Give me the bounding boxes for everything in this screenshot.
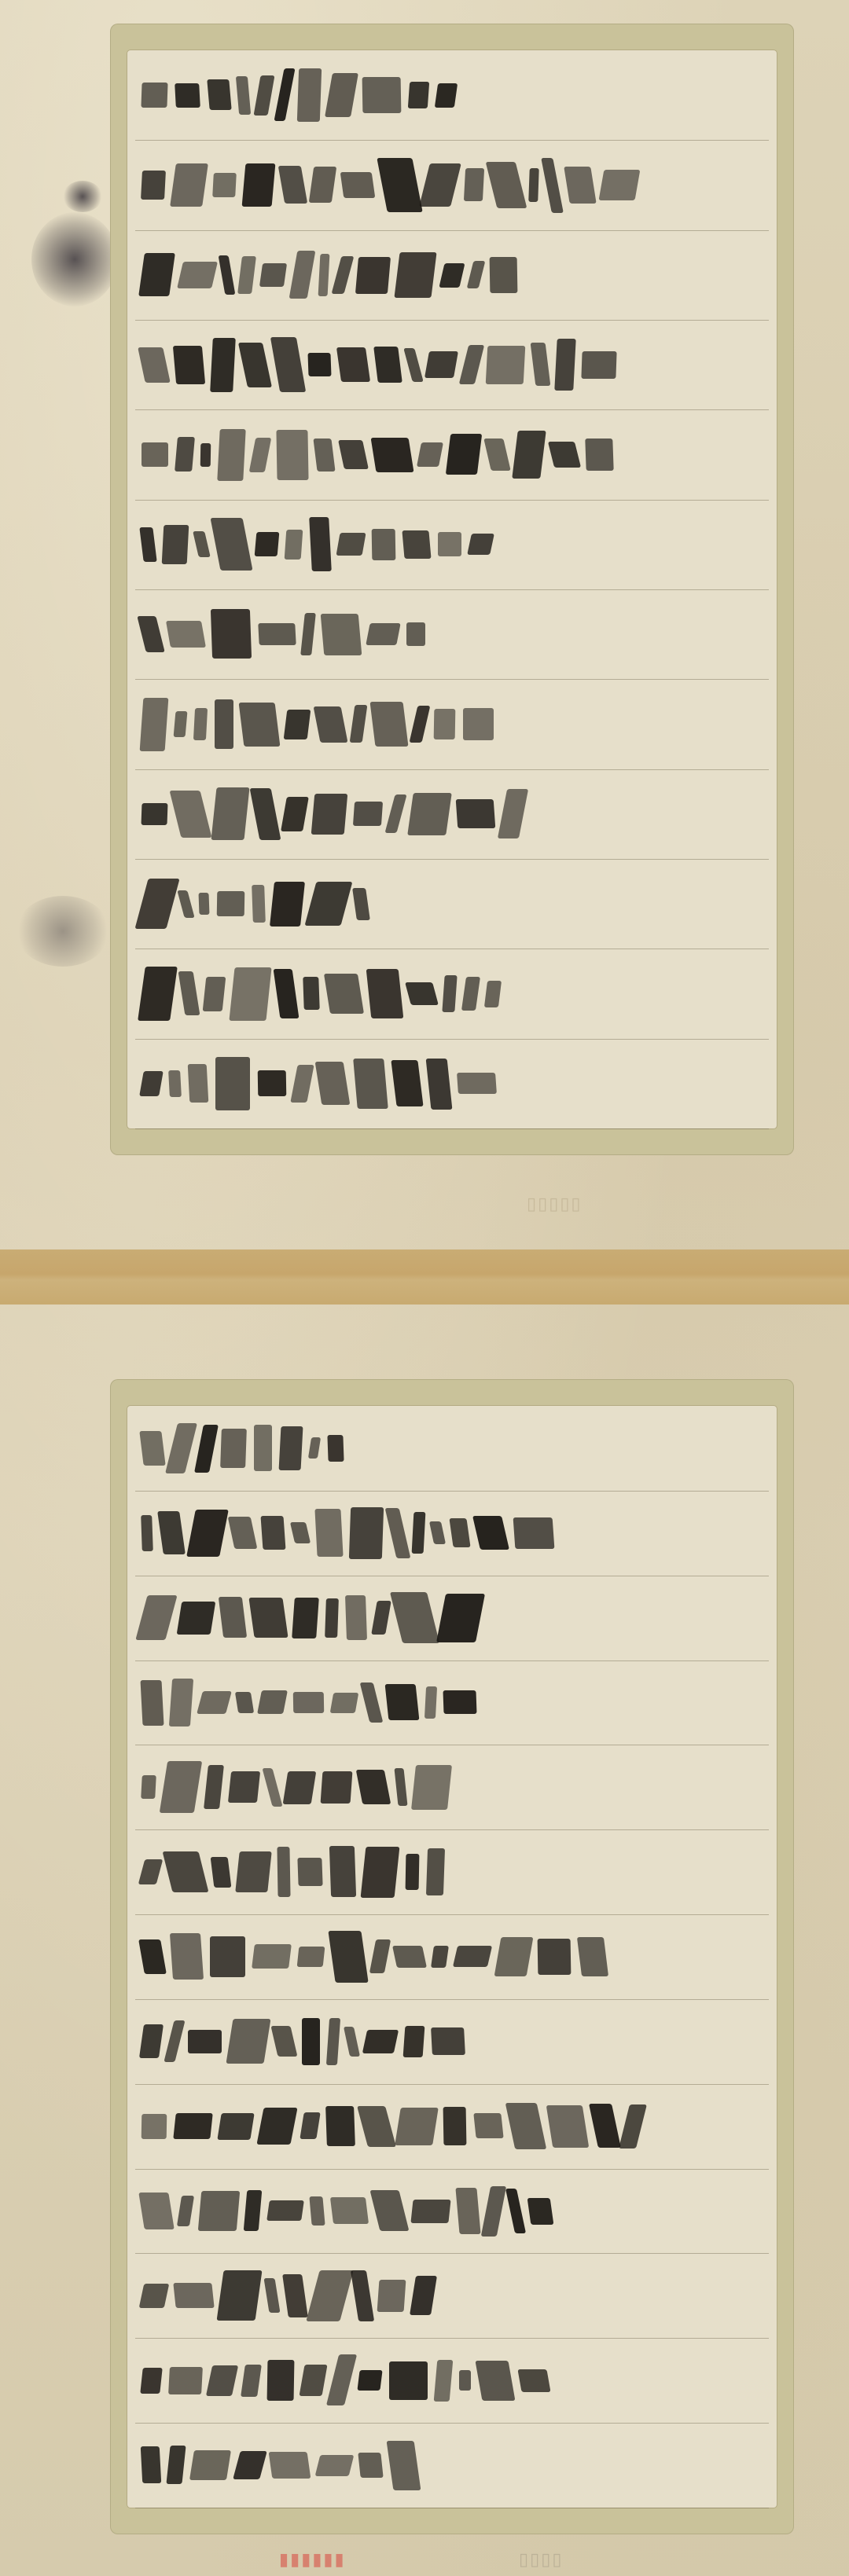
glyph [284, 710, 311, 739]
glyph [371, 529, 395, 560]
calligraphy-strokes [141, 783, 763, 845]
glyph [212, 173, 237, 197]
glyph [204, 1765, 224, 1809]
text-row [135, 1491, 769, 1576]
glyph [188, 2030, 221, 2054]
glyph [429, 1521, 446, 1544]
text-row [135, 230, 769, 321]
calligraphy-strokes [141, 64, 763, 126]
glyph [138, 1939, 166, 1974]
glyph [459, 2370, 471, 2391]
glyph [546, 2105, 589, 2148]
glyph [315, 1062, 351, 1105]
glyph [308, 1437, 322, 1459]
glyph [165, 1423, 197, 1473]
text-row [135, 2338, 769, 2424]
glyph [254, 1425, 272, 1471]
glyph [178, 890, 195, 918]
text-row [135, 2169, 769, 2255]
glyph [345, 1595, 367, 1640]
glyph [599, 170, 641, 200]
glyph [308, 353, 332, 376]
glyph [175, 437, 194, 472]
glyph [481, 2186, 507, 2237]
glyph [486, 162, 527, 208]
glyph [199, 893, 210, 915]
glyph [505, 2189, 526, 2233]
glyph [141, 2114, 167, 2139]
glyph [177, 2196, 194, 2226]
glyph [315, 1509, 344, 1557]
glyph [169, 1933, 203, 1980]
lower-panel-text-area [127, 1406, 777, 2508]
text-row [135, 679, 769, 769]
glyph [377, 2280, 406, 2312]
glyph [329, 1846, 357, 1897]
glyph [370, 438, 413, 472]
glyph [512, 431, 546, 479]
glyph [270, 882, 305, 927]
text-row [135, 140, 769, 230]
glyph [290, 1522, 311, 1543]
lower-panel [110, 1379, 794, 2534]
glyph [138, 253, 175, 296]
glyph [498, 789, 528, 838]
text-row [135, 1745, 769, 1830]
glyph [274, 969, 300, 1018]
glyph [463, 708, 494, 740]
glyph [249, 788, 280, 840]
text-row [135, 2084, 769, 2170]
glyph [211, 787, 249, 840]
glyph [402, 530, 431, 559]
glyph [325, 73, 358, 117]
red-seal: ▮▮▮▮▮▮ [279, 2550, 346, 2570]
glyph [585, 439, 614, 471]
glyph [239, 703, 281, 747]
glyph [186, 1510, 228, 1557]
glyph [366, 623, 400, 645]
glyph [385, 794, 408, 833]
glyph [403, 2026, 425, 2057]
glyph [210, 1936, 246, 1978]
glyph [338, 440, 369, 469]
glyph [141, 442, 168, 467]
glyph [409, 706, 430, 743]
glyph [370, 702, 409, 747]
glyph [577, 1937, 608, 1976]
glyph [320, 614, 362, 655]
calligraphy-strokes [141, 1759, 763, 1816]
glyph [140, 2368, 162, 2394]
glyph [206, 2365, 238, 2396]
calligraphy-strokes [141, 514, 763, 575]
glyph [318, 254, 330, 296]
glyph [405, 982, 438, 1005]
glyph [306, 2270, 353, 2321]
glyph [356, 1770, 391, 1804]
glyph [217, 429, 245, 481]
glyph [166, 621, 206, 648]
glyph [173, 2283, 214, 2308]
glyph [353, 802, 383, 826]
glyph [395, 2108, 439, 2145]
calligraphy-strokes [141, 2436, 763, 2493]
calligraphy-strokes [141, 694, 763, 755]
text-row [135, 589, 769, 680]
glyph [277, 166, 307, 204]
glyph [176, 1602, 215, 1635]
glyph [528, 168, 539, 202]
glyph [285, 530, 303, 560]
glyph [187, 1064, 208, 1103]
glyph [410, 2200, 450, 2223]
ink-stain [31, 212, 118, 306]
glyph [134, 879, 180, 929]
glyph [141, 803, 168, 825]
ink-stain-small [63, 181, 102, 212]
glyph [407, 793, 452, 835]
glyph [433, 709, 455, 739]
glyph [175, 83, 200, 108]
glyph [349, 1507, 384, 1559]
glyph [442, 975, 458, 1012]
glyph [340, 172, 376, 198]
glyph [217, 2270, 263, 2321]
glyph [141, 171, 166, 200]
text-row [135, 2423, 769, 2508]
glyph [314, 439, 336, 472]
glyph [424, 1686, 437, 1719]
glyph [139, 1431, 166, 1466]
glyph [249, 1598, 289, 1638]
glyph [362, 77, 401, 113]
glyph [358, 2453, 384, 2478]
glyph [431, 1946, 449, 1968]
glyph [266, 2360, 294, 2401]
glyph [270, 337, 305, 392]
glyph [168, 2367, 202, 2394]
glyph [554, 339, 575, 391]
glyph [226, 2019, 270, 2064]
glyph [169, 1679, 193, 1727]
glyph [303, 977, 319, 1010]
glyph [263, 2278, 280, 2313]
glyph [141, 1775, 156, 1799]
calligraphy-strokes [141, 244, 763, 306]
glyph [277, 1847, 291, 1897]
glyph [309, 167, 337, 203]
calligraphy-strokes [141, 963, 763, 1025]
faded-seal-bottom: ▯▯▯▯ [519, 2550, 563, 2570]
glyph [457, 1073, 497, 1094]
glyph [411, 1765, 452, 1810]
text-row [135, 1914, 769, 2000]
glyph [174, 711, 188, 737]
glyph [390, 1592, 439, 1643]
glyph [258, 1070, 287, 1096]
calligraphy-strokes [141, 2013, 763, 2070]
glyph [483, 439, 511, 471]
glyph [233, 2451, 266, 2479]
glyph [173, 346, 205, 384]
glyph [197, 2191, 239, 2231]
glyph [137, 616, 164, 652]
glyph [139, 527, 156, 562]
glyph [228, 1771, 260, 1803]
glyph [140, 1680, 164, 1726]
glyph [330, 1693, 359, 1713]
glyph [215, 699, 233, 748]
text-row [135, 500, 769, 590]
glyph [221, 1429, 247, 1468]
glyph [419, 163, 461, 207]
glyph [406, 622, 425, 646]
glyph [269, 2452, 311, 2479]
glyph [313, 706, 347, 743]
glyph [164, 2020, 186, 2062]
glyph [139, 1071, 163, 1096]
glyph [261, 1516, 286, 1550]
glyph [461, 977, 480, 1011]
calligraphy-strokes [141, 1053, 763, 1114]
glyph [298, 1858, 323, 1886]
glyph [494, 1937, 534, 1976]
glyph [548, 442, 581, 468]
glyph [350, 705, 368, 743]
glyph [484, 981, 502, 1007]
upper-panel-text-area [127, 50, 777, 1128]
calligraphy-strokes [141, 424, 763, 486]
glyph [377, 158, 422, 212]
text-row [135, 409, 769, 500]
glyph [311, 794, 348, 835]
glyph [486, 346, 526, 384]
glyph [194, 1425, 219, 1473]
glyph [193, 531, 211, 557]
glyph [373, 347, 402, 383]
calligraphy-strokes [141, 155, 763, 216]
glyph [177, 262, 217, 288]
glyph [249, 438, 272, 472]
glyph [410, 2276, 437, 2315]
calligraphy-strokes [141, 1419, 763, 1477]
calligraphy-strokes [141, 2182, 763, 2240]
glyph [324, 974, 364, 1014]
glyph [215, 1057, 250, 1110]
glyph [328, 1931, 368, 1983]
glyph [327, 1435, 344, 1462]
glyph [467, 534, 494, 555]
glyph [392, 1946, 427, 1968]
glyph [241, 163, 275, 207]
glyph [518, 2369, 551, 2392]
glyph [139, 2024, 164, 2058]
glyph [309, 517, 332, 571]
glyph [475, 2361, 515, 2401]
glyph [527, 2198, 553, 2225]
text-row [135, 1039, 769, 1129]
glyph [394, 1768, 407, 1806]
glyph [237, 256, 255, 294]
glyph [236, 76, 251, 115]
glyph [355, 257, 391, 294]
glyph [459, 345, 484, 384]
glyph [138, 967, 178, 1021]
glyph [564, 167, 597, 204]
glyph [297, 1947, 325, 1967]
glyph [352, 888, 370, 920]
glyph [353, 1059, 388, 1109]
glyph [302, 2018, 320, 2065]
glyph [435, 83, 458, 108]
glyph [456, 799, 496, 828]
glyph [405, 1854, 419, 1890]
glyph [403, 348, 423, 382]
calligraphy-strokes [141, 1674, 763, 1731]
glyph [139, 2284, 169, 2308]
glyph [266, 2200, 304, 2221]
glyph [161, 525, 189, 564]
faded-seal-middle: ▯▯▯▯▯ [527, 1194, 583, 1214]
glyph [216, 891, 244, 916]
glyph [262, 1768, 283, 1807]
glyph [274, 68, 296, 121]
glyph [256, 2108, 297, 2145]
glyph [189, 2450, 231, 2480]
glyph [443, 1690, 477, 1714]
calligraphy-strokes [141, 2097, 763, 2155]
calligraphy-strokes [141, 1589, 763, 1646]
glyph [325, 2106, 355, 2146]
glyph [297, 68, 322, 122]
glyph [290, 1065, 314, 1103]
calligraphy-strokes [141, 604, 763, 665]
glyph [411, 1512, 425, 1554]
glyph [140, 698, 169, 751]
glyph [141, 83, 167, 108]
glyph [408, 82, 429, 108]
glyph [210, 338, 236, 392]
glyph [178, 971, 200, 1015]
calligraphy-strokes [141, 334, 763, 395]
glyph [141, 2446, 161, 2483]
text-row [135, 2253, 769, 2339]
glyph [238, 343, 272, 387]
glyph [385, 1508, 410, 1558]
calligraphy-strokes [141, 1928, 763, 1985]
glyph [160, 1761, 202, 1813]
grey-smudge [16, 896, 110, 967]
glyph [395, 252, 437, 298]
glyph [197, 1691, 232, 1714]
glyph [436, 1594, 485, 1642]
glyph [235, 1851, 272, 1892]
glyph [513, 1517, 553, 1549]
glyph [336, 533, 366, 556]
glyph [252, 885, 265, 923]
glyph [293, 1692, 324, 1713]
glyph [158, 1511, 186, 1554]
glyph [530, 343, 550, 386]
calligraphy-strokes [141, 873, 763, 934]
scroll-seam [0, 1249, 849, 1305]
glyph [449, 1518, 471, 1547]
glyph [467, 261, 485, 288]
glyph [417, 442, 443, 467]
calligraphy-strokes [141, 1504, 763, 1561]
glyph [283, 1771, 317, 1804]
glyph [538, 1939, 572, 1975]
glyph [438, 532, 462, 556]
glyph [211, 609, 252, 659]
glyph [257, 1690, 288, 1714]
glyph [542, 158, 564, 213]
glyph [170, 163, 208, 207]
glyph [300, 613, 316, 655]
glyph [138, 1859, 164, 1884]
glyph [362, 2030, 399, 2053]
glyph [582, 351, 617, 379]
glyph [361, 1847, 400, 1898]
glyph [425, 1059, 452, 1110]
glyph [282, 2274, 308, 2317]
glyph [271, 2026, 298, 2057]
glyph [325, 2354, 357, 2405]
glyph [325, 1598, 339, 1638]
glyph [472, 1516, 509, 1550]
glyph [228, 1517, 257, 1549]
glyph [344, 2027, 360, 2057]
glyph [330, 2197, 369, 2224]
text-row [135, 1829, 769, 1915]
glyph [384, 1684, 419, 1720]
glyph [141, 1515, 153, 1551]
glyph [173, 2113, 212, 2139]
text-row [135, 1660, 769, 1746]
text-row [135, 50, 769, 141]
glyph [391, 1060, 423, 1106]
glyph [166, 2446, 186, 2484]
glyph [138, 2193, 174, 2229]
glyph [453, 1946, 492, 1967]
glyph [281, 797, 308, 831]
glyph [210, 1857, 231, 1888]
glyph [193, 708, 208, 740]
calligraphy-strokes [141, 2267, 763, 2325]
glyph [244, 2190, 262, 2231]
glyph [211, 518, 253, 571]
glyph [505, 2103, 546, 2149]
glyph [254, 532, 278, 556]
glyph [169, 791, 211, 838]
glyph [321, 1771, 353, 1804]
glyph [254, 75, 275, 116]
glyph [276, 430, 308, 480]
glyph [138, 347, 171, 383]
text-row [135, 1576, 769, 1661]
glyph [443, 2107, 467, 2145]
glyph [168, 1070, 181, 1097]
glyph [309, 2196, 325, 2226]
glyph [259, 263, 287, 287]
glyph [387, 2441, 421, 2490]
glyph [332, 256, 355, 294]
glyph [203, 977, 226, 1011]
glyph [455, 2188, 480, 2234]
glyph [200, 443, 211, 467]
glyph [371, 1601, 391, 1635]
